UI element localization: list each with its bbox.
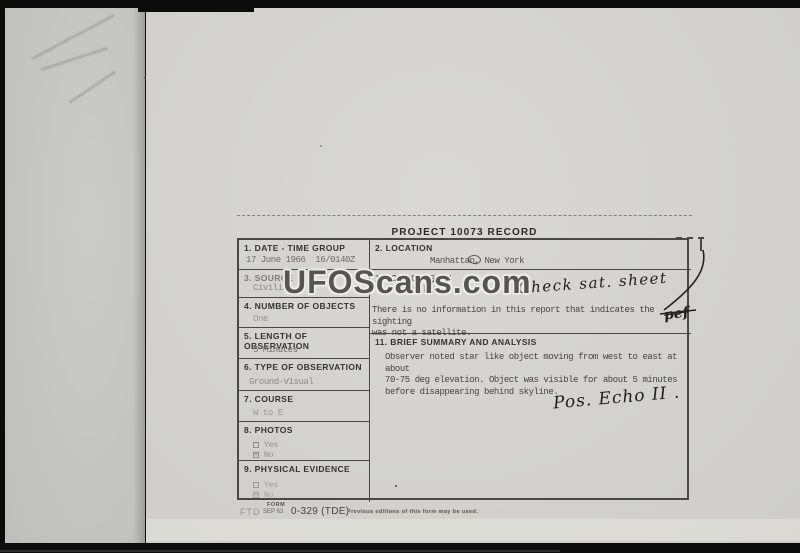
field-value: W to E	[253, 408, 283, 420]
physical-evidence-yes-option: Yes	[253, 480, 278, 490]
x-mark-icon: ✕	[253, 450, 259, 458]
photos-yes-option: Yes	[253, 440, 278, 450]
yes-label: Yes	[264, 440, 278, 450]
field-label: 8. PHOTOS	[244, 425, 293, 435]
field-length-of-observation: 5. LENGTH OF OBSERVATION 5 Minutes	[239, 328, 370, 359]
field-value: One	[253, 314, 268, 326]
photos-no-option: ✕ No	[253, 450, 273, 460]
left-page	[5, 8, 145, 543]
field-label: 2. LOCATION	[375, 243, 433, 253]
field-brief-summary: 11. BRIEF SUMMARY AND ANALYSIS Observer …	[370, 334, 691, 502]
footer-form-word: FORM	[267, 502, 285, 508]
handwritten-swash-line	[650, 248, 710, 318]
no-label: No	[264, 450, 274, 460]
field-value: Ground-Visual	[249, 377, 313, 389]
footer-form-date: SEP 63	[263, 509, 283, 515]
paper-crease	[40, 47, 107, 70]
field-label: 11. BRIEF SUMMARY AND ANALYSIS	[375, 337, 537, 347]
field-course: 7. COURSE W to E	[239, 391, 370, 422]
x-mark-icon: ✕	[253, 490, 259, 498]
footer-note: Previous editions of this form may be us…	[347, 509, 478, 515]
form-footer: FTD FORM SEP 63 0-329 (TDE) Previous edi…	[240, 500, 660, 522]
field-number-of-objects: 4. NUMBER OF OBJECTS One	[239, 298, 370, 328]
scanner-edge	[138, 0, 254, 12]
physical-evidence-no-option: ✕ No	[253, 490, 273, 500]
field-label: 6. TYPE OF OBSERVATION	[244, 362, 362, 372]
checkbox-unchecked-icon	[253, 482, 259, 488]
footer-form-number: 0-329 (TDE)	[291, 506, 349, 517]
field-photos: 8. PHOTOS Yes ✕ No	[239, 422, 370, 461]
dust-speck	[144, 77, 146, 79]
field-type-of-observation: 6. TYPE OF OBSERVATION Ground-Visual	[239, 359, 370, 391]
field-label: 7. COURSE	[244, 394, 293, 404]
no-label: No	[264, 490, 274, 500]
field-label: 9. PHYSICAL EVIDENCE	[244, 464, 350, 474]
paper-crease	[69, 71, 115, 103]
yes-label: Yes	[264, 480, 278, 490]
field-label: 1. DATE - TIME GROUP	[244, 243, 345, 253]
checkbox-checked-icon: ✕	[253, 492, 259, 498]
scanned-document: PROJECT 10073 RECORD 1. DATE - TIME GROU…	[0, 0, 800, 553]
field-physical-evidence: 9. PHYSICAL EVIDENCE Yes ✕ No	[239, 461, 370, 502]
watermark: UFOScans.com	[283, 264, 532, 301]
field-value: 5 Minutes	[253, 345, 298, 357]
dust-speck	[320, 145, 322, 147]
page-bottom-highlight	[146, 519, 800, 541]
form-title: PROJECT 10073 RECORD	[392, 227, 538, 238]
field-label: 4. NUMBER OF OBJECTS	[244, 301, 355, 311]
checkbox-checked-icon: ✕	[253, 452, 259, 458]
scanner-edge	[0, 550, 560, 552]
paper-crease	[32, 14, 114, 59]
form-header: PROJECT 10073 RECORD	[237, 215, 692, 238]
footer-agency: FTD	[240, 507, 261, 517]
checkbox-unchecked-icon	[253, 442, 259, 448]
